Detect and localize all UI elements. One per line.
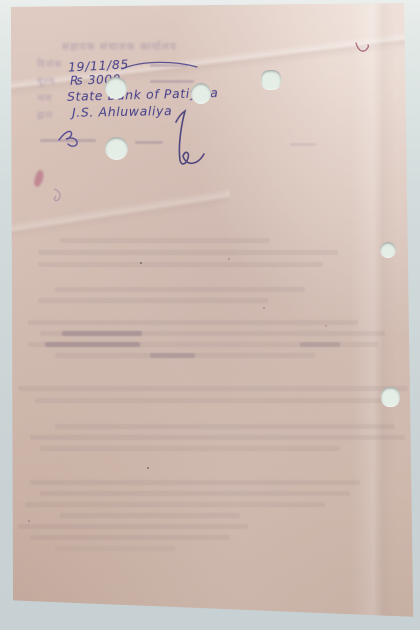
paper-speck: [263, 307, 265, 309]
stamp-label-date: दिनांक: [37, 57, 63, 70]
faded-typed-line: [25, 502, 325, 507]
stamp-header: सहायक संचालक कार्यालय: [62, 40, 177, 54]
faded-typed-line: [40, 446, 340, 451]
magenta-stain: [33, 169, 46, 188]
initials-scribble: [56, 123, 88, 149]
darker-text-fragment: [45, 342, 140, 347]
paper-speck: [140, 262, 142, 264]
stamp-line-remnant: [135, 141, 163, 144]
signature-ink: [162, 108, 214, 170]
stamp-label-value: मूल्य: [37, 74, 56, 87]
faded-typed-line: [55, 424, 395, 429]
faded-typed-line: [60, 238, 270, 243]
faded-typed-line: [28, 320, 358, 325]
stamp-line-remnant: [290, 143, 316, 146]
faded-typed-line: [30, 480, 360, 485]
paper-speck: [28, 520, 30, 522]
faded-typed-line: [18, 386, 408, 391]
faded-typed-line: [55, 287, 305, 292]
document-paper: सहायक संचालक कार्यालय दिनांक मूल्य नाम द…: [0, 0, 420, 630]
paper-crease-vertical: [350, 0, 396, 630]
faded-typed-line: [30, 535, 230, 540]
punch-hole: [105, 77, 127, 99]
red-check-mark: [353, 40, 371, 56]
paper-speck: [147, 467, 149, 469]
punch-hole: [105, 137, 128, 160]
darker-text-fragment: [62, 331, 142, 336]
stamp-line-remnant: [150, 80, 194, 83]
faded-typed-line: [35, 398, 395, 403]
stamp-label-name: नाम: [37, 91, 52, 104]
punch-hole: [380, 242, 396, 258]
photo-backdrop: सहायक संचालक कार्यालय दिनांक मूल्य नाम द…: [0, 0, 420, 630]
faded-typed-line: [55, 546, 175, 551]
date-underline-stroke: [120, 58, 200, 72]
faded-typed-line: [38, 250, 338, 255]
paper-speck: [228, 258, 230, 260]
darker-text-fragment: [150, 353, 195, 358]
faded-typed-line: [40, 491, 350, 496]
darker-text-fragment: [300, 342, 340, 347]
faded-typed-line: [18, 524, 248, 529]
faded-typed-line: [30, 435, 405, 440]
handwritten-person-name: J.S. Ahluwaliya: [72, 103, 173, 120]
paper-speck: [8, 271, 11, 274]
faded-typed-line: [60, 513, 240, 518]
punch-hole: [381, 387, 400, 407]
faded-typed-line: [38, 262, 323, 267]
paper-crease-left: [0, 182, 230, 246]
punch-hole: [191, 83, 211, 104]
punch-hole: [261, 70, 281, 90]
faint-purple-scribble: [50, 186, 70, 204]
stamp-label-by: द्वारा: [37, 108, 53, 121]
faded-typed-line: [38, 298, 268, 303]
paper-speck: [325, 325, 327, 327]
